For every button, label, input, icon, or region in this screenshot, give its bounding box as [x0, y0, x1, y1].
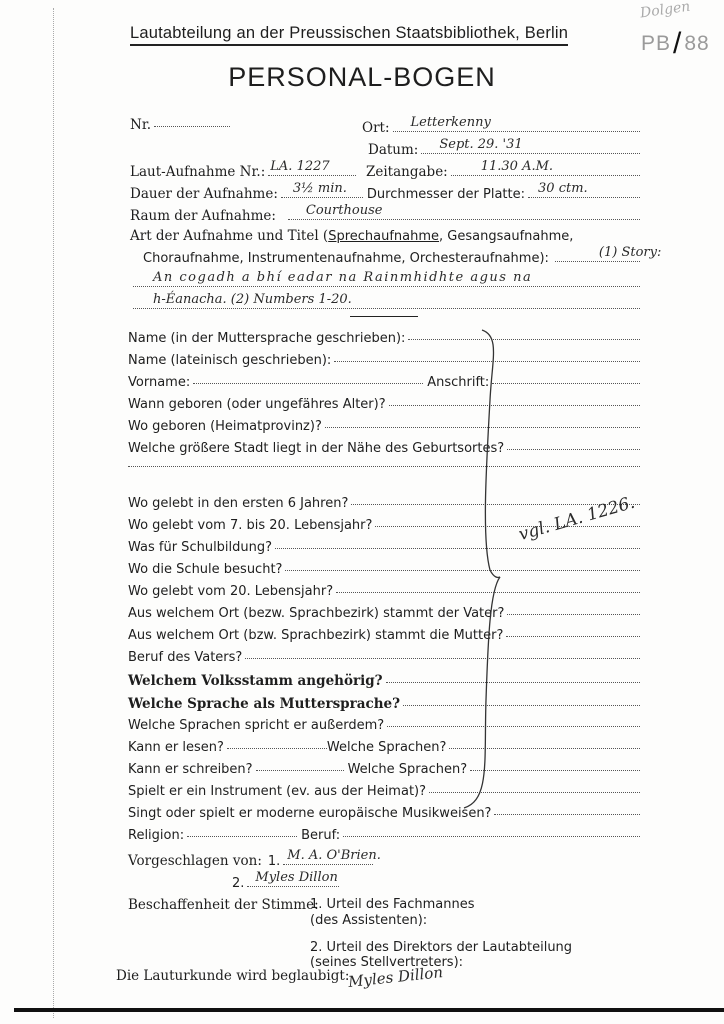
urteil-2-line-1: 2. Urteil des Direktors der Lautabteilun…	[310, 940, 572, 955]
proposer-1-number: 1.	[268, 854, 280, 869]
bottom-rule	[14, 1008, 724, 1012]
proposer-2-row: 2. Myles Dillon	[232, 872, 339, 891]
vorgeschlagen-label: Vorgeschlagen von:	[128, 853, 262, 869]
urteil-1-line-2: (des Assistenten):	[310, 913, 427, 928]
beglaubigt-label: Die Lauturkunde wird beglaubigt:	[116, 968, 349, 984]
proposer-1-field[interactable]: M. A. O'Brien.	[283, 850, 373, 865]
stimme-label: Beschaffenheit der Stimme:	[128, 897, 319, 913]
proposer-1: M. A. O'Brien.	[287, 848, 381, 863]
urteil-1-line-1: 1. Urteil des Fachmannes	[310, 897, 475, 912]
proposer-2-field[interactable]: Myles Dillon	[247, 872, 339, 887]
vorgeschlagen-row: Vorgeschlagen von: 1. M. A. O'Brien.	[128, 850, 373, 869]
proposer-2: Myles Dillon	[255, 870, 337, 885]
proposer-2-number: 2.	[232, 876, 244, 891]
